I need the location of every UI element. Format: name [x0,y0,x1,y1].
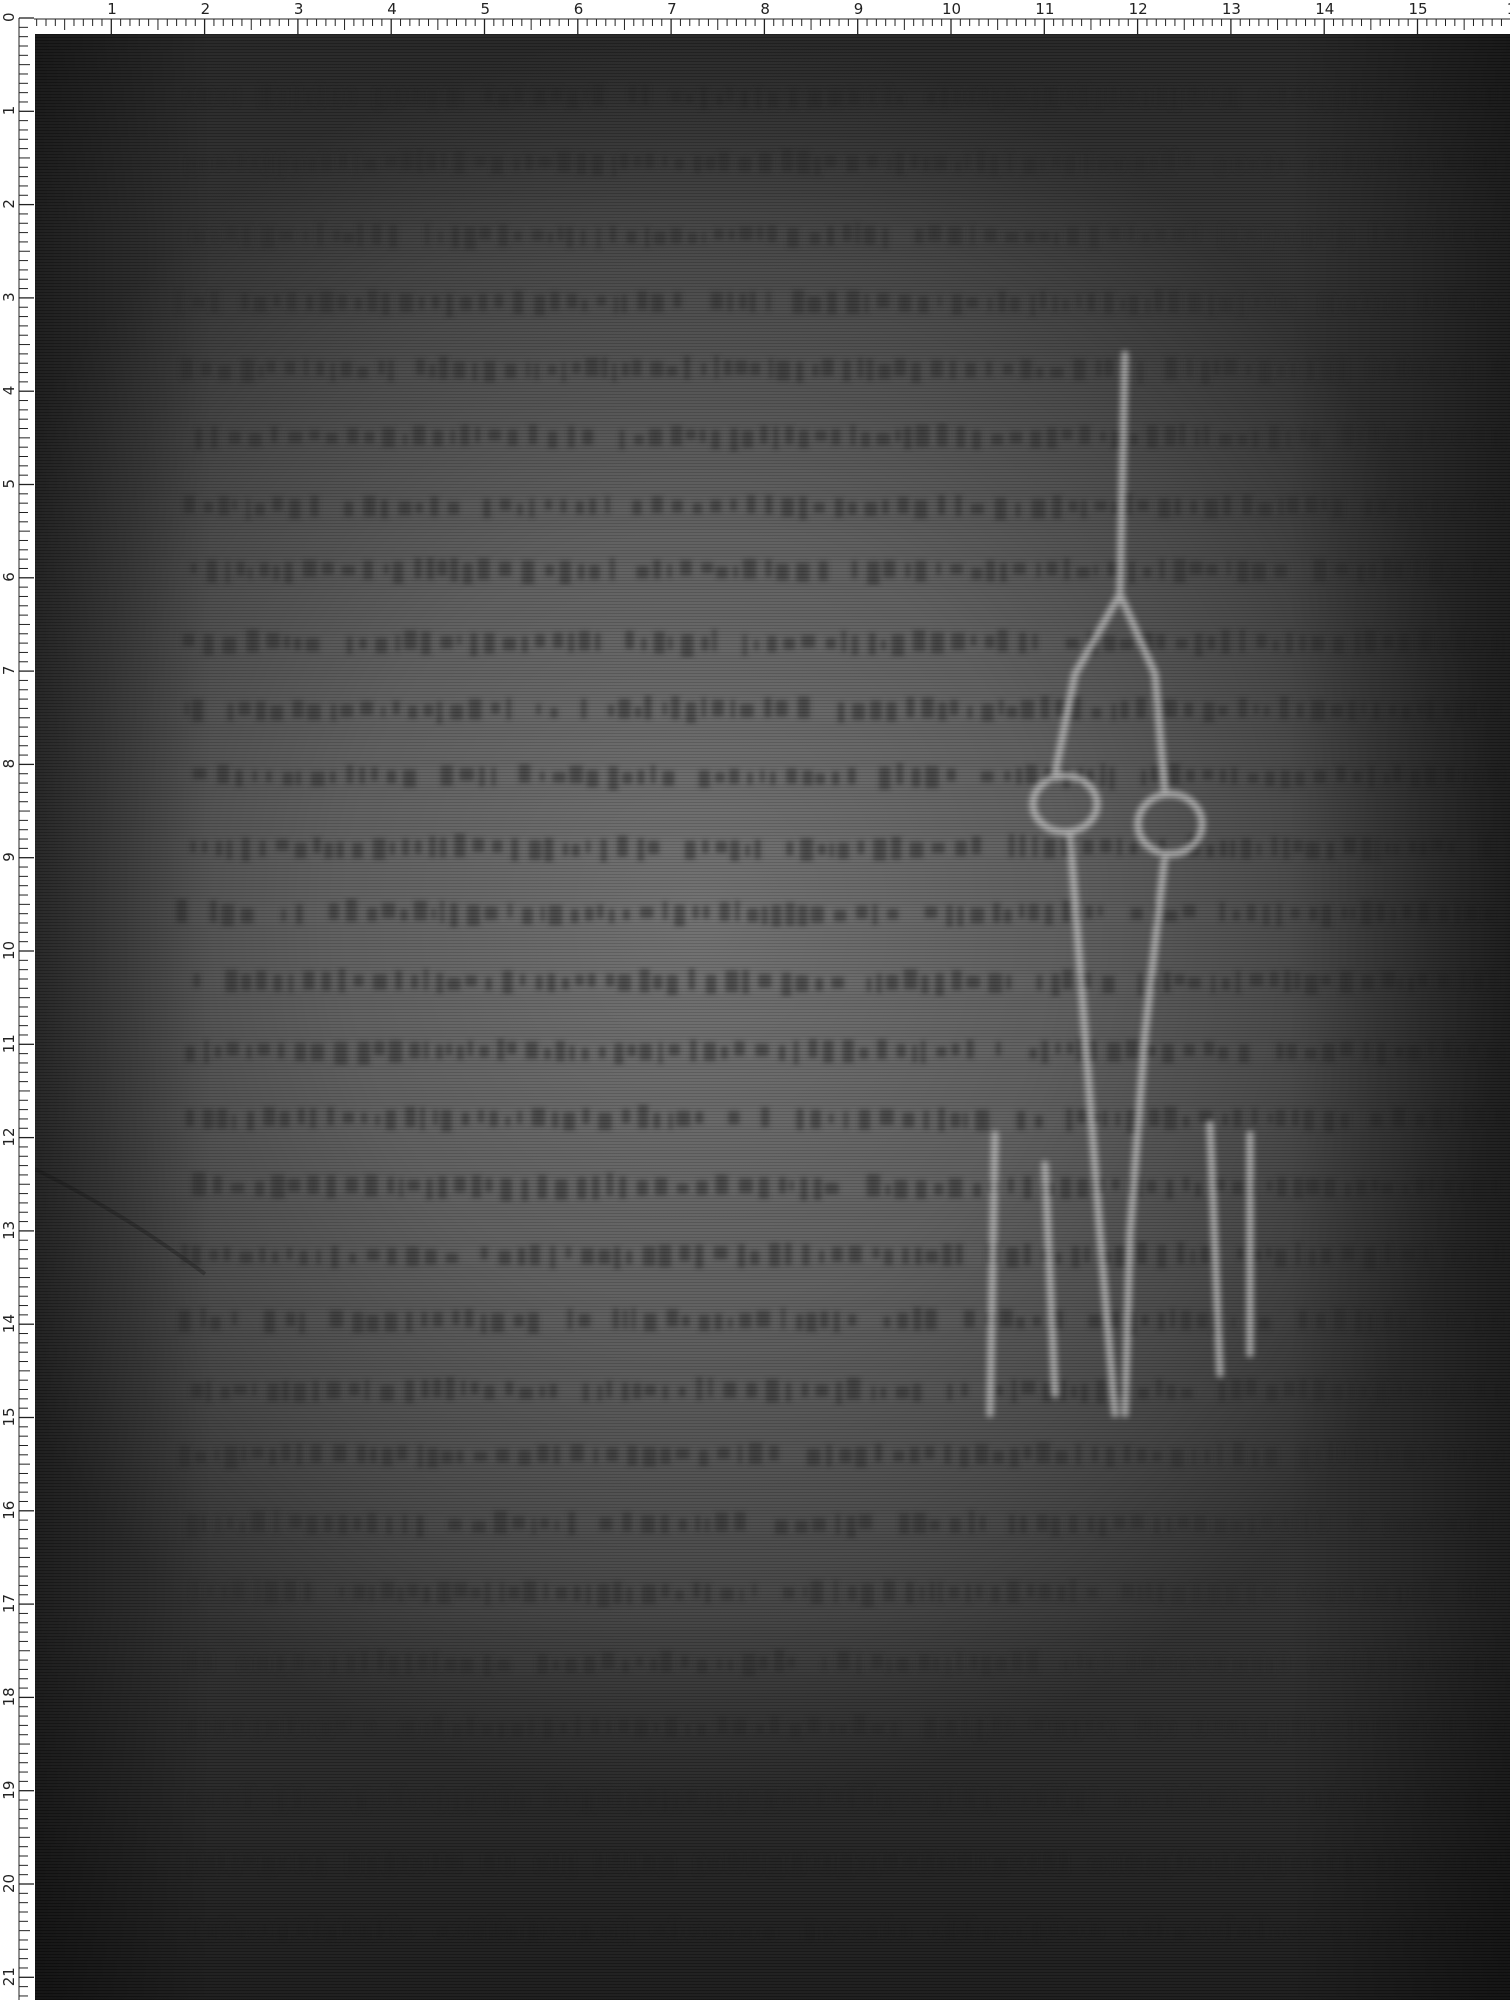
manuscript-scan-image [35,34,1510,2000]
horizontal-ruler: 01234567891011121314151 [0,0,1510,34]
ruler-label: 15 [0,1407,18,1426]
ruler-label: 14 [0,1314,18,1333]
scan-vignette [35,34,1510,2000]
ruler-label: 1 [107,0,117,18]
ruler-label: 7 [667,0,677,18]
ruler-label: 16 [0,1501,18,1520]
ruler-label: 8 [760,0,770,18]
ruler-label: 21 [0,1967,18,1986]
ruler-label: 20 [0,1874,18,1893]
ruler-label: 15 [1409,0,1428,18]
ruler-label: 9 [0,852,18,862]
ruler-label: 17 [0,1594,18,1613]
ruler-label: 9 [854,0,864,18]
ruler-label: 10 [942,0,961,18]
ruler-label: 5 [0,479,18,489]
ruler-label: 14 [1315,0,1334,18]
ruler-label: 0 [0,12,18,22]
vertical-ruler-scale: 0123456789101112131415161718192021 [0,0,34,2000]
ruler-label: 5 [481,0,491,18]
ruler-label: 11 [1035,0,1054,18]
ruler-label: 11 [0,1034,18,1053]
ruler-label: 3 [0,292,18,302]
ruler-label: 8 [0,759,18,769]
ruler-label: 18 [0,1687,18,1706]
ruler-label: 13 [0,1221,18,1240]
horizontal-ruler-scale: 01234567891011121314151 [0,0,1510,34]
ruler-label: 13 [1222,0,1241,18]
ruler-label: 12 [0,1128,18,1147]
ruler-label: 2 [201,0,211,18]
vertical-ruler: 0123456789101112131415161718192021 [0,0,34,2000]
ruler-label: 12 [1129,0,1148,18]
ruler-label: 4 [387,0,397,18]
ruler-label: 7 [0,666,18,676]
ruler-label: 2 [0,199,18,209]
ruler-label: 3 [294,0,304,18]
ruler-label: 19 [0,1781,18,1800]
ruler-label: 6 [0,572,18,582]
ruler-label: 1 [0,106,18,116]
ruler-label: 6 [574,0,584,18]
ruler-label: 4 [0,386,18,396]
ruler-label: 10 [0,941,18,960]
